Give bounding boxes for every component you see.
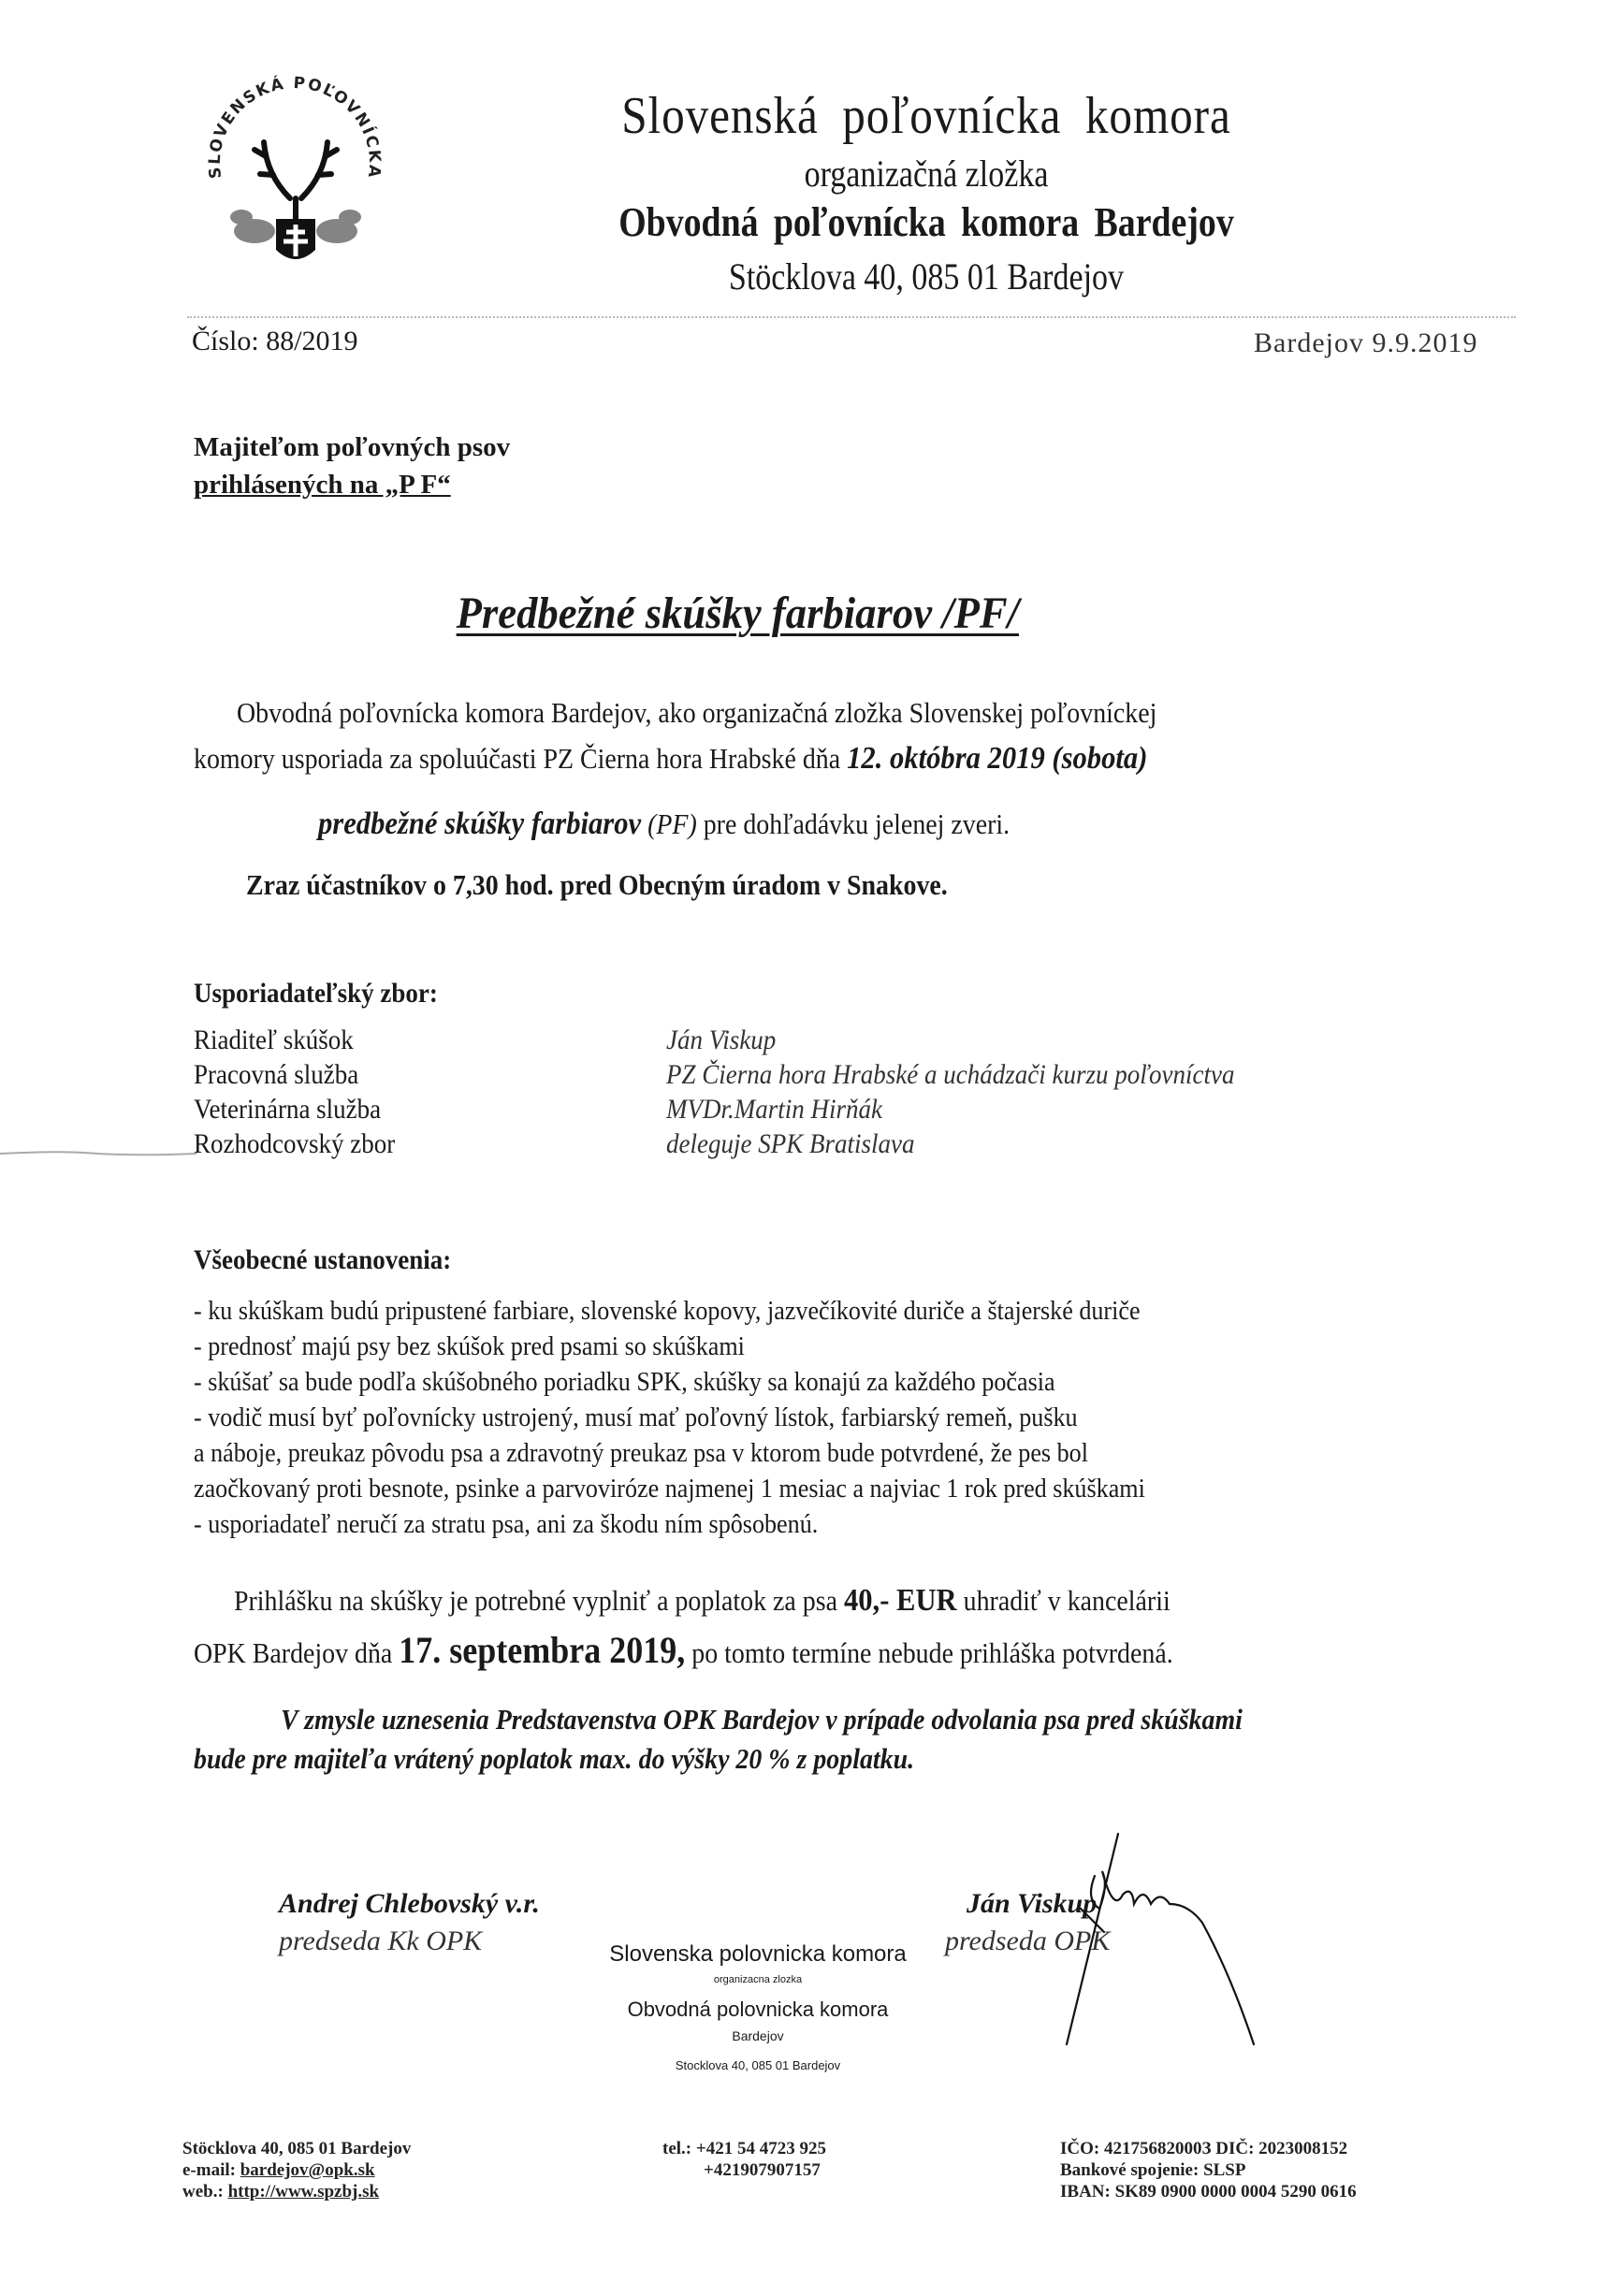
provision-text: - ku skúškam budú pripustené farbiare, s… [194, 1296, 1141, 1327]
intro-text: Obvodná poľovnícka komora Bardejov, ako … [237, 696, 1156, 730]
stamp-address: Stocklova 40, 085 01 Bardejov [580, 2058, 936, 2072]
organizer-role: Rozhodcovský zbor [194, 1128, 395, 1160]
organizer-value: PZ Čierna hora Hrabské a uchádzači kurzu… [666, 1059, 1235, 1091]
office-name: Obvodná poľovnícka komora Bardejov [564, 198, 1288, 246]
refund-note-line: V zmysle uznesenia Predstavenstva OPK Ba… [281, 1703, 1349, 1737]
organizers-heading: Usporiadateľský zbor: [194, 978, 465, 1010]
web-link[interactable]: http://www.spzbj.sk [228, 2182, 380, 2202]
provision-item: - vodič musí byť poľovnícky ustrojený, m… [194, 1402, 1176, 1433]
email-label: e-mail: [182, 2160, 240, 2180]
fee-text: po tomto termíne nebude prihláška potvrd… [685, 1636, 1172, 1669]
organizer-role: Pracovná služba [194, 1059, 358, 1091]
stamp-organization: Slovenska polovnicka komora [580, 1941, 936, 1968]
organizer-value: deleguje SPK Bratislava [666, 1128, 914, 1160]
provision-text: - skúšať sa bude podľa skúšobného poriad… [194, 1367, 1055, 1398]
tax-ids: IČO: 42175682000З DIČ: 2023008152 [1060, 2138, 1357, 2159]
footer-contact: Stöcklova 40, 085 01 Bardejov e-mail: ba… [182, 2138, 411, 2202]
provision-item: - prednosť majú psy bez skúšok pred psam… [194, 1331, 806, 1362]
bank-name: Bankové spojenie: SLSP [1060, 2159, 1357, 2181]
provision-text: a náboje, preukaz pôvodu psa a zdravotný… [194, 1438, 1088, 1469]
fee-amount: 40,- EUR [844, 1583, 957, 1618]
provision-text: - prednosť majú psy bez skúšok pred psam… [194, 1331, 745, 1362]
intro-paragraph-line: Obvodná poľovnícka komora Bardejov, ako … [237, 696, 1259, 730]
exam-abbreviation: (PF) [641, 807, 697, 840]
exam-name: predbežné skúšky farbiarov [318, 807, 641, 841]
fee-paragraph-line: OPK Bardejov dňa 17. septembra 2019, po … [194, 1628, 1282, 1672]
organization-name: Slovenská poľovnícka komora [556, 86, 1297, 146]
provision-text: zaočkovaný proti besnote, psinke a parvo… [194, 1474, 1145, 1504]
stamp-office: Obvodná polovnicka komora [580, 1998, 936, 2022]
iban: IBAN: SK89 0900 0000 0004 5290 0616 [1060, 2181, 1357, 2202]
reference-number: Číslo: 88/2019 [192, 326, 358, 357]
provisions-heading-text: Všeobecné ustanovenia: [194, 1244, 451, 1276]
header-divider [187, 316, 1516, 318]
provision-text: - usporiadateľ neručí za stratu psa, ani… [194, 1509, 818, 1540]
stamp-city: Bardejov [580, 2028, 936, 2043]
organizer-value: Ján Viskup [666, 1024, 776, 1056]
organization-subtitle: organizačná zložka [569, 152, 1285, 196]
stamp-subtitle: organizacna zlozka [580, 1974, 936, 1985]
footer-address: Stöcklova 40, 085 01 Bardejov [182, 2138, 411, 2159]
provision-item: - skúšať sa bude podľa skúšobného poriad… [194, 1367, 1151, 1398]
document-title: Predbežné skúšky farbiarov /PF/ [457, 588, 1019, 639]
office-address: Stöcklova 40, 085 01 Bardejov [569, 254, 1285, 298]
fee-text: OPK Bardejov dňa [194, 1636, 399, 1669]
organizer-role: Veterinárna služba [194, 1094, 381, 1126]
phone-number-1: +421 54 4723 925 [696, 2139, 826, 2158]
intro-text: komory usporiada za spoluúčasti PZ Čiern… [194, 742, 847, 775]
phone-number-2: +421907907157 [662, 2159, 826, 2181]
intro-text: pre dohľadávku jelenej zveri. [697, 807, 1010, 840]
refund-note-line: bude pre majiteľa vrátený poplatok max. … [194, 1742, 995, 1776]
provision-item: - usporiadateľ neručí za stratu psa, ani… [194, 1509, 887, 1540]
scan-artifact [0, 1149, 196, 1158]
refund-text: bude pre majiteľa vrátený poplatok max. … [194, 1742, 914, 1776]
fee-paragraph-line: Prihlášku na skúšky je potrebné vyplniť … [234, 1583, 1274, 1619]
signatory-left-role: predseda Kk OPK [279, 1925, 482, 1957]
footer-bank: IČO: 42175682000З DIČ: 2023008152 Bankov… [1060, 2138, 1357, 2202]
stag-emblem-logo-icon: SLOVENSKÁ POĽOVNÍCKA KOMORA [187, 58, 402, 273]
intro-paragraph-line: predbežné skúšky farbiarov (PF) pre dohľ… [318, 807, 1086, 842]
provision-item: zaočkovaný proti besnote, psinke a parvo… [194, 1474, 1251, 1504]
signatory-left-name: Andrej Chlebovský v.r. [279, 1888, 540, 1920]
fee-text: uhradiť v kancelárii [957, 1584, 1171, 1617]
provision-text: - vodič musí byť poľovnícky ustrojený, m… [194, 1402, 1078, 1433]
fee-text: Prihlášku na skúšky je potrebné vyplniť … [234, 1584, 844, 1617]
organizer-role: Riaditeľ skúšok [194, 1024, 354, 1056]
provisions-heading: Všeobecné ustanovenia: [194, 1244, 480, 1276]
meeting-point: Zraz účastníkov o 7,30 hod. pred Obecným… [246, 868, 1025, 902]
organizers-heading-text: Usporiadateľský zbor: [194, 978, 438, 1010]
email-link[interactable]: bardejov@opk.sk [240, 2160, 375, 2180]
web-label: web.: [182, 2182, 228, 2202]
recipient-line-1: Majiteľom poľovných psov [194, 432, 510, 463]
tel-label: tel.: [662, 2139, 696, 2158]
registration-deadline: 17. septembra 2019, [399, 1629, 685, 1671]
handwritten-signature-icon [1029, 1820, 1272, 2054]
place-date: Bardejov 9.9.2019 [1254, 327, 1477, 359]
provision-item: a náboje, preukaz pôvodu psa a zdravotný… [194, 1438, 1187, 1469]
refund-text: V zmysle uznesenia Predstavenstva OPK Ba… [281, 1703, 1243, 1737]
svg-text:SLOVENSKÁ POĽOVNÍCKA KOMORA: SLOVENSKÁ POĽOVNÍCKA KOMORA [187, 58, 384, 189]
exam-date: 12. októbra 2019 (sobota) [847, 741, 1147, 776]
footer-phone: tel.: +421 54 4723 925 +421907907157 [662, 2138, 826, 2181]
provision-item: - ku skúškam budú pripustené farbiare, s… [194, 1296, 1245, 1327]
intro-paragraph-line: komory usporiada za spoluúčasti PZ Čiern… [194, 741, 1254, 777]
meeting-point-text: Zraz účastníkov o 7,30 hod. pred Obecným… [246, 868, 948, 902]
recipient-line-2: prihlásených na „P F“ [194, 470, 451, 501]
organizer-value: MVDr.Martin Hirňák [666, 1094, 882, 1126]
